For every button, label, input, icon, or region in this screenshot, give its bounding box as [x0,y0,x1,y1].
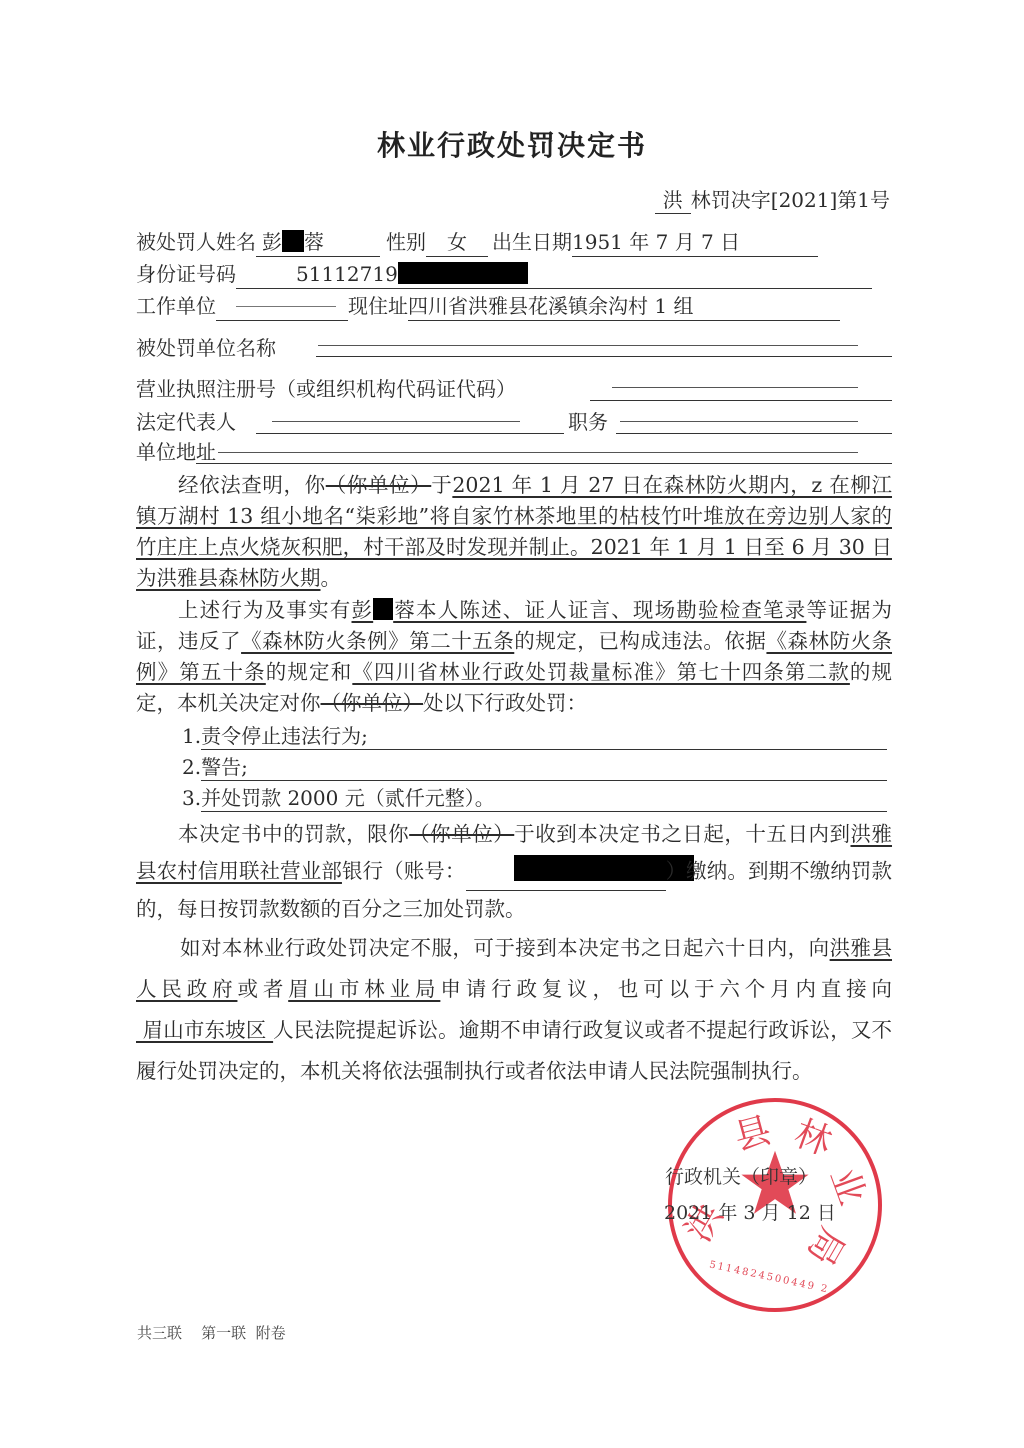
org-position-label: 职务 [568,408,608,436]
facts-paragraph: 经依法查明，你（你单位）于2021 年 1 月 27 日在森林防火期内，z 在柳… [136,470,892,594]
birth-field: 1951 年 7 月 7 日 [572,228,818,257]
penalty-text: 责令停止违法行为; [201,720,887,750]
person-rest: 蓉本人陈述、证人证言、现场勘验检查笔录 [393,598,806,622]
org-position-underline [616,433,892,434]
payment-paragraph: 本决定书中的罚款，限你（你单位）于收到本决定书之日起，十五日内到洪雅县农村信用联… [136,816,892,928]
id-label: 身份证号码 [136,262,236,286]
appeal-paragraph: 如对本林业行政处罚决定不服，可于接到本决定书之日起六十日内，向洪雅县人民政府或者… [136,928,892,1092]
org-rep-label: 法定代表人 [136,408,236,436]
evidence-text: 的规定，已构成违法。依据 [514,629,766,653]
work-label: 工作单位 [136,294,216,318]
payment-text: 于收到本决定书之日起，十五日内到 [514,822,850,846]
person-first: 彭 [352,598,374,622]
doc-number-suffix: 林罚决字[2021]第1号 [691,188,890,212]
penalty-item: 2.警告; [182,751,887,781]
facts-yu: 于 [431,473,452,497]
law-reference: 《四川省林业行政处罚裁量标准》第七十四条第二款 [352,660,850,684]
penalty-text: 并处罚款 2000 元（贰仟元整）。 [201,782,887,812]
facts-end: 。 [321,566,342,590]
org-rep-underline [256,433,564,434]
evidence-text: 上述行为及事实有 [178,598,352,622]
penalty-num: 1. [182,724,201,748]
name-last: 蓉 [304,230,324,254]
work-field [216,292,348,321]
struck-unit: （你单位） [321,691,424,715]
appeal-text: 或者 [237,977,288,1001]
document-number: 洪林罚决字[2021]第1号 [655,184,890,214]
penalty-item: 1.责令停止违法行为; [182,720,887,750]
struck-unit: （你单位） [326,473,432,497]
redaction-block [398,262,528,284]
authority-label: 行政机关（印章） [665,1162,817,1189]
name-field: 彭蓉 [256,228,380,257]
penalty-num: 3. [182,786,201,810]
name-first: 彭 [262,230,282,254]
org-license-dash [612,387,858,388]
org-name-dash [318,345,858,346]
redaction-block [282,230,304,252]
document-title: 林业行政处罚决定书 [0,124,1024,164]
birth-label: 出生日期 [492,230,572,254]
party-row-address: 工作单位 现住址四川省洪雅县花溪镇余沟村 1 组 [136,292,840,321]
address-field: 四川省洪雅县花溪镇余沟村 1 组 [408,292,840,321]
org-address-underline [196,463,892,464]
name-label: 被处罚人姓名 [136,230,256,254]
appeal-bureau: 眉山市林业局 [288,977,440,1001]
penalty-item: 3.并处罚款 2000 元（贰仟元整）。 [182,782,887,812]
penalty-text: 警告; [201,751,887,781]
org-name-label: 被处罚单位名称 [136,334,276,362]
law-reference: 《森林防火条例》第二十五条 [241,629,514,653]
gender-label: 性别 [386,230,426,254]
evidence-person: 彭蓉本人陈述、证人证言、现场勘验检查笔录 [352,598,807,622]
evidence-paragraph: 上述行为及事实有彭蓉本人陈述、证人证言、现场勘验检查笔录等证据为证，违反了《森林… [136,595,892,719]
gender-field: 女 [426,228,488,257]
footer-note: 共三联 第一联 附卷 [137,1322,286,1343]
signature-date: 2021 年 3 月 12 日 [664,1198,836,1225]
org-position-dash [620,421,858,422]
account-field [466,853,666,891]
org-address-dash [218,452,858,453]
evidence-text: 处以下行政处罚： [423,691,587,715]
org-license-label: 营业执照注册号（或组织机构代码证代码） [136,375,516,403]
evidence-text: 的规定和 [266,660,353,684]
org-address-label: 单位地址 [136,438,216,466]
penalty-num: 2. [182,755,201,779]
payment-text: 本决定书中的罚款，限你 [178,822,409,846]
party-row-id: 身份证号码51112719 [136,260,872,289]
payment-text: 银行（账号： [342,859,466,883]
appeal-text: 申请行政复议，也可以于六个月内直接向 [440,977,892,1001]
id-visible: 51112719 [296,262,398,286]
doc-number-prefix: 洪 [655,184,691,214]
address-label: 现住址 [348,294,408,318]
org-name-underline [316,356,892,357]
party-row-name: 被处罚人姓名彭蓉性别女出生日期1951 年 7 月 7 日 [136,228,818,257]
redaction-block [373,598,393,620]
appeal-court: 眉山市东坡区 [136,1018,273,1042]
org-rep-dash [272,421,520,422]
appeal-text: 如对本林业行政处罚决定不服，可于接到本决定书之日起六十日内，向 [180,936,830,960]
org-license-underline [590,400,892,401]
struck-unit: （你单位） [409,822,514,846]
id-field: 51112719 [236,260,872,289]
facts-intro: 经依法查明，你 [178,473,326,497]
